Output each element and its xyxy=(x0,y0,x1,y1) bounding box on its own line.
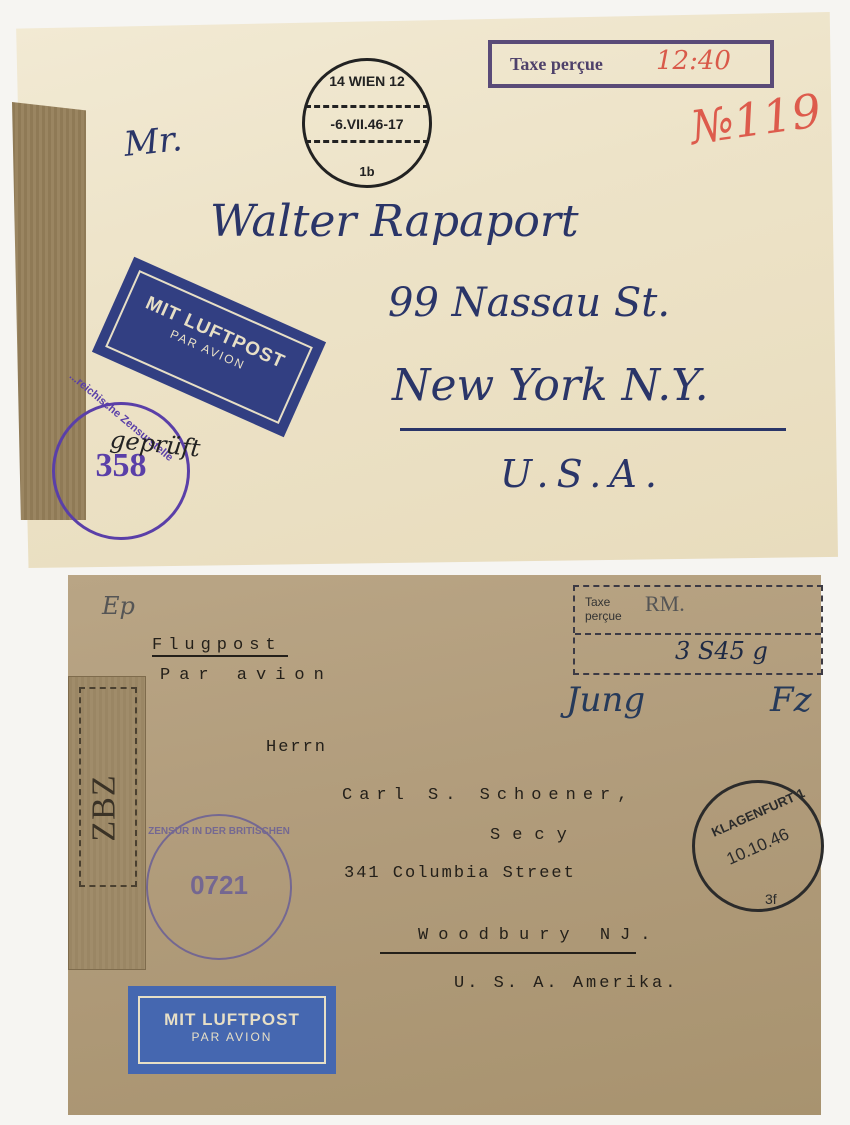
taxe-line2: perçue xyxy=(585,609,622,623)
city-underline xyxy=(380,952,636,954)
taxe-fee: 3 S45 g xyxy=(675,637,768,665)
flugpost-line: Flugpost xyxy=(152,636,288,657)
signature-left: Jung xyxy=(566,680,645,720)
censor-stamp-top: ...reichische Zensurstelle 358 xyxy=(52,402,190,540)
censor-ring-text: ZENSUR IN DER BRITISCHEN xyxy=(148,826,290,837)
zbz-box: ZBZ xyxy=(79,687,137,887)
salutation: Mr. xyxy=(122,119,184,165)
taxe-currency: RM. xyxy=(645,591,685,617)
addressee-salutation: Herrn xyxy=(266,738,327,757)
taxe-percue-box: Taxeperçue RM. 3 S45 g xyxy=(573,585,823,675)
taxe-divider xyxy=(575,633,821,635)
zbz-text: ZBZ xyxy=(86,774,124,841)
taxe-text: Taxeperçue xyxy=(585,595,622,623)
recipient-city: New York N.Y. xyxy=(392,360,709,411)
par-avion-line: Par avion xyxy=(160,666,333,685)
addressee-city: Woodbury NJ. xyxy=(418,926,660,945)
signature-right: Fz xyxy=(770,680,812,720)
postmark-code: 3f xyxy=(765,891,777,907)
airmail-title: MIT LUFTPOST xyxy=(140,1010,324,1030)
censor-stamp-bottom: ZENSUR IN DER BRITISCHEN 0721 xyxy=(146,814,292,960)
recipient-name: Walter Rapaport xyxy=(210,196,579,247)
postmark-date: -6.VII.46-17 xyxy=(305,105,429,143)
taxe-line1: Taxe xyxy=(585,595,610,609)
pencil-mark: Ep xyxy=(102,592,135,620)
addressee-street: 341 Columbia Street xyxy=(344,864,576,883)
airmail-label-bottom: MIT LUFTPOST PAR AVION xyxy=(128,986,336,1074)
addressee-title: Secy xyxy=(490,826,579,845)
taxe-percue-stamp: Taxe perçue 12:40 xyxy=(488,40,774,88)
addressee-name: Carl S. Schoener, xyxy=(342,786,634,805)
postmark-city: 14 WIEN 12 xyxy=(305,73,429,89)
wien-postmark: 14 WIEN 12 -6.VII.46-17 1b xyxy=(302,58,432,188)
postmark-code: 1b xyxy=(305,164,429,179)
airmail-subtitle: PAR AVION xyxy=(140,1030,324,1044)
censor-tape-bottom: ZBZ xyxy=(68,676,146,970)
taxe-label: Taxe perçue xyxy=(510,54,603,75)
klagenfurt-postmark: KLAGENFURT 1 10.10.46 3f xyxy=(692,780,824,912)
address-underline xyxy=(400,428,786,431)
recipient-country: U.S.A. xyxy=(500,452,665,496)
taxe-amount: 12:40 xyxy=(656,46,731,76)
censor-number: 0721 xyxy=(148,870,290,901)
recipient-street: 99 Nassau St. xyxy=(388,280,670,326)
addressee-country: U. S. A. Amerika. xyxy=(454,974,678,993)
